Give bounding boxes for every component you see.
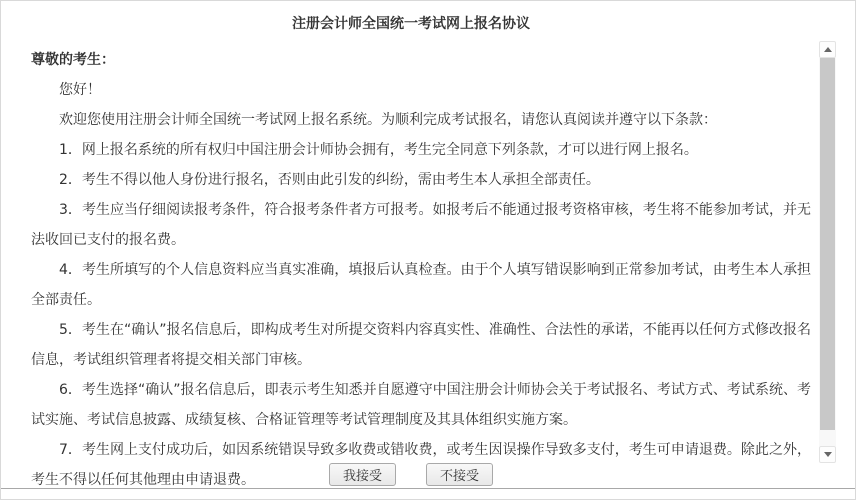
clause-2: 2．考生不得以他人身份进行报名，否则由此引发的纠纷，需由考生本人承担全部责任。 bbox=[31, 165, 811, 195]
clause-1: 1．网上报名系统的所有权归中国注册会计师协会拥有，考生完全同意下列条款，才可以进… bbox=[31, 135, 811, 165]
agreement-body: 尊敬的考生： 您好！ 欢迎您使用注册会计师全国统一考试网上报名系统。为顺利完成考… bbox=[31, 45, 811, 495]
clause-5: 5．考生在“确认”报名信息后，即构成考生对所提交资料内容真实性、准确性、合法性的… bbox=[31, 315, 811, 375]
vertical-scrollbar[interactable] bbox=[819, 41, 836, 463]
scroll-down-button[interactable] bbox=[819, 446, 836, 463]
paragraph-intro: 欢迎您使用注册会计师全国统一考试网上报名系统。为顺利完成考试报名，请您认真阅读并… bbox=[31, 105, 811, 135]
button-row: 我接受 不接受 bbox=[1, 463, 821, 486]
clause-3: 3．考生应当仔细阅读报考条件，符合报考条件者方可报考。如报考后不能通过报考资格审… bbox=[31, 195, 811, 255]
clause-4: 4．考生所填写的个人信息资料应当真实准确，填报后认真检查。由于个人填写错误影响到… bbox=[31, 255, 811, 315]
triangle-down-icon bbox=[824, 452, 832, 457]
scroll-up-button[interactable] bbox=[819, 41, 836, 58]
agreement-window: 注册会计师全国统一考试网上报名协议 尊敬的考生： 您好！ 欢迎您使用注册会计师全… bbox=[0, 0, 856, 500]
decline-button[interactable]: 不接受 bbox=[426, 463, 493, 486]
page-title: 注册会计师全国统一考试网上报名协议 bbox=[1, 13, 821, 33]
scrollbar-thumb[interactable] bbox=[820, 58, 835, 430]
paragraph-greeting: 您好！ bbox=[31, 75, 811, 105]
clause-6: 6．考生选择“确认”报名信息后，即表示考生知悉并自愿遵守中国注册会计师协会关于考… bbox=[31, 375, 811, 435]
scrollbar-track[interactable] bbox=[819, 58, 836, 446]
triangle-up-icon bbox=[824, 47, 832, 52]
accept-button[interactable]: 我接受 bbox=[329, 463, 396, 486]
salutation: 尊敬的考生： bbox=[31, 45, 811, 75]
bottom-divider bbox=[1, 488, 855, 489]
